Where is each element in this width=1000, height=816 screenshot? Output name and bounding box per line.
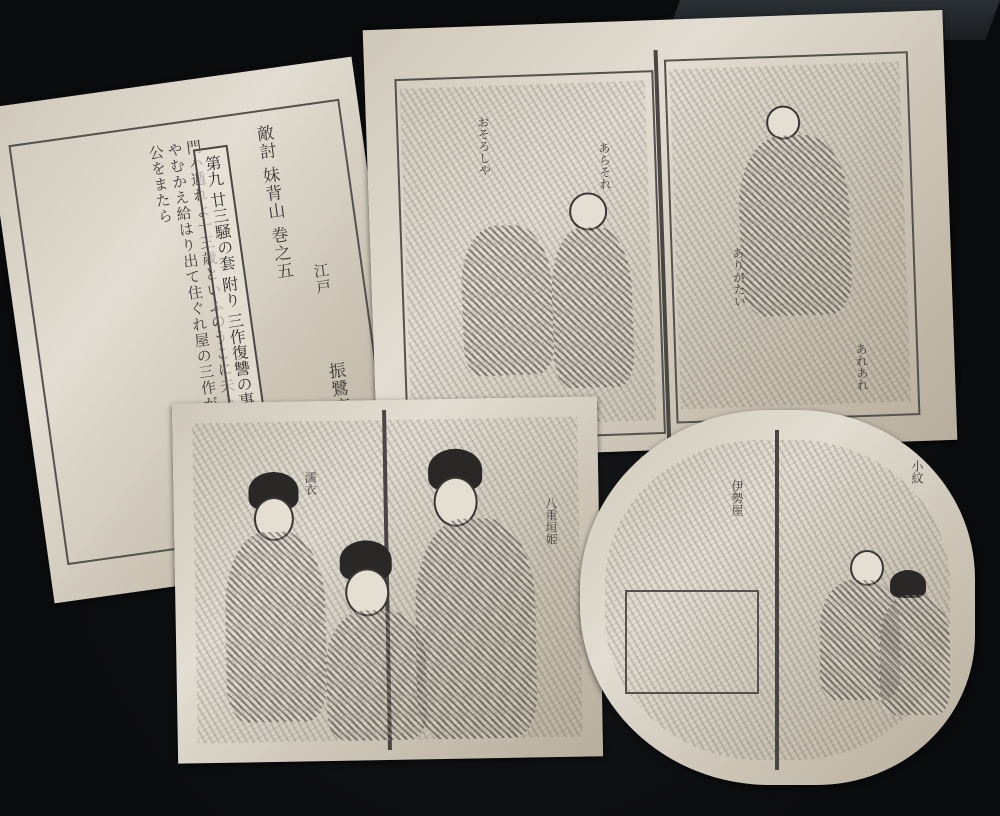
book-illustration-spread: あらそれ おそろしや ありがたい あれあれ [363, 10, 958, 460]
caption-bl-2: 濡衣 [303, 471, 317, 495]
caption-2: おそろしや [476, 116, 492, 176]
figure-seated-woman [880, 595, 950, 715]
figure-woman-3 [414, 517, 538, 739]
book-bottom-left: 八重垣姫 濡衣 [172, 396, 603, 763]
book-bottom-right: 伊勢屋 小紋 [580, 410, 975, 785]
figure-samurai [737, 133, 853, 317]
figure-robed-man [550, 226, 636, 389]
photo-scene: 門ハ遁れよ十三歳といふのうこに夫ト北面の何某がやむかえ給はり出て住ぐれ屋の三作が… [0, 0, 1000, 816]
caption-1: あらそれ [597, 142, 613, 190]
caption-br-2: 小紋 [910, 460, 924, 484]
caption-4: あれあれ [854, 343, 870, 391]
caption-bl-1: 八重垣姫 [544, 497, 559, 545]
figure-woman-1 [224, 531, 327, 723]
caption-br-1: 伊勢屋 [730, 480, 744, 516]
caption-3: ありがたい [730, 247, 746, 307]
figure-woman-2 [326, 609, 428, 741]
illustration-room-box [625, 590, 759, 694]
figure-hair-br-2 [890, 570, 926, 598]
figure-fox-masked [460, 224, 555, 377]
